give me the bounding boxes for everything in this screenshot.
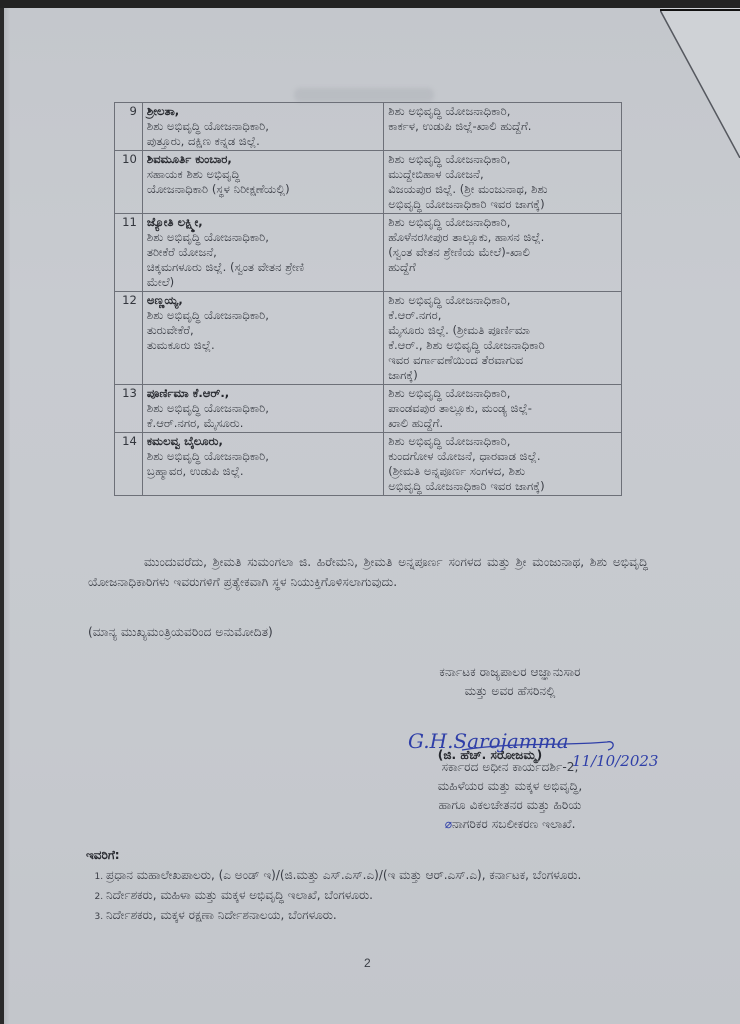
designation-line: ⌀ನಾಗರಿಕರ ಸಬಲೀಕರಣ ಇಲಾಖೆ. [370, 815, 650, 834]
current-post-line: ಸಹಾಯಕ ಶಿಶು ಅಭಿವೃದ್ಧಿ [147, 167, 379, 182]
posting-line: ಶಿಶು ಅಭಿವೃದ್ಧಿ ಯೋಜನಾಧಿಕಾರಿ, [388, 215, 617, 230]
posting-line: ಕೆ.ಆರ್., ಶಿಶು ಅಭಿವೃದ್ಧಿ ಯೋಜನಾಧಿಕಾರಿ [388, 338, 617, 353]
table-row: 14ಕಮಲವ್ವ ಬೈಲೂರು,ಶಿಶು ಅಭಿವೃದ್ಧಿ ಯೋಜನಾಧಿಕಾ… [115, 433, 622, 496]
posting-line: (ಶ್ರೀಮತಿ ಅನ್ನಪೂರ್ಣ ಸಂಗಳದ, ಶಿಶು [388, 464, 617, 479]
page-number: 2 [364, 956, 371, 970]
current-post-line: ತರೀಕೆರೆ ಯೋಜನೆ, [147, 245, 379, 260]
posting-line: ಇವರ ವರ್ಗಾವಣೆಯಿಂದ ತೆರವಾಗುವ [388, 353, 617, 368]
row-number: 14 [115, 433, 143, 496]
current-post-line: ಕೆ.ಆರ್.ನಗರ, ಮೈಸೂರು. [147, 416, 379, 431]
posting-line: ಶಿಶು ಅಭಿವೃದ್ಧಿ ಯೋಜನಾಧಿಕಾರಿ, [388, 152, 617, 167]
posting-line: ಶಿಶು ಅಭಿವೃದ್ಧಿ ಯೋಜನಾಧಿಕಾರಿ, [388, 386, 617, 401]
row-number: 11 [115, 214, 143, 292]
posting-line: ಶಿಶು ಅಭಿವೃದ್ಧಿ ಯೋಜನಾಧಿಕಾರಿ, [388, 104, 617, 119]
officer-name: ಅಣ್ಣಯ್ಯ, [147, 293, 379, 308]
transfer-posting: ಶಿಶು ಅಭಿವೃದ್ಧಿ ಯೋಜನಾಧಿಕಾರಿ,ಹೊಳೆನರಸೀಪುರ ತ… [384, 214, 622, 292]
posting-line: ಶಿಶು ಅಭಿವೃದ್ಧಿ ಯೋಜನಾಧಿಕಾರಿ, [388, 434, 617, 449]
approval-note: (ಮಾನ್ಯ ಮುಖ್ಯಮಂತ್ರಿಯವರಿಂದ ಅನುಮೋದಿತ) [88, 625, 273, 640]
officer-name: ಶಿವಮೂರ್ತಿ ಕುಂಬಾರ, [147, 152, 379, 167]
current-post-line: ಬ್ರಹ್ಮಾವರ, ಉಡುಪಿ ಜಿಲ್ಲೆ. [147, 464, 379, 479]
table-row: 12ಅಣ್ಣಯ್ಯ,ಶಿಶು ಅಭಿವೃದ್ಧಿ ಯೋಜನಾಧಿಕಾರಿ,ತುರ… [115, 292, 622, 385]
current-post-line: ಪುತ್ತೂರು, ದಕ್ಷಿಣ ಕನ್ನಡ ಜಿಲ್ಲೆ. [147, 134, 379, 149]
designation-line: ಮಹಿಳೆಯರ ಮತ್ತು ಮಕ್ಕಳ ಅಭಿವೃದ್ಧಿ, [370, 777, 650, 796]
copy-to-item: ಪ್ರಧಾನ ಮಹಾಲೇಖಪಾಲರು, (ಎ ಅಂಡ್ ಇ)/(ಜಿ.ಮತ್ತು… [106, 865, 686, 885]
transfer-posting: ಶಿಶು ಅಭಿವೃದ್ಧಿ ಯೋಜನಾಧಿಕಾರಿ,ಪಾಂಡವಪುರ ತಾಲ್… [384, 385, 622, 433]
paragraph-text: ಮುಂದುವರೆದು, ಶ್ರೀಮತಿ ಸುಮಂಗಲಾ ಜಿ. ಹಿರೇಮನಿ,… [88, 555, 648, 589]
officer-current-post: ಪೂರ್ಣಿಮಾ ಕೆ.ಆರ್.,ಶಿಶು ಅಭಿವೃದ್ಧಿ ಯೋಜನಾಧಿಕ… [142, 385, 383, 433]
copy-to-item: ನಿರ್ದೇಶಕರು, ಮಹಿಳಾ ಮತ್ತು ಮಕ್ಕಳ ಅಭಿವೃದ್ಧಿ … [106, 885, 686, 905]
posting-line: ಪಾಂಡವಪುರ ತಾಲ್ಲೂಕು, ಮಂಡ್ಯ ಜಿಲ್ಲೆ- [388, 401, 617, 416]
transfer-posting: ಶಿಶು ಅಭಿವೃದ್ಧಿ ಯೋಜನಾಧಿಕಾರಿ,ಮುದ್ದೇಬಿಹಾಳ ಯ… [384, 151, 622, 214]
table-row: 10ಶಿವಮೂರ್ತಿ ಕುಂಬಾರ,ಸಹಾಯಕ ಶಿಶು ಅಭಿವೃದ್ಧಿಯ… [115, 151, 622, 214]
posting-line: ಮೈಸೂರು ಜಿಲ್ಲೆ. (ಶ್ರೀಮತಿ ಪೂರ್ಣಿಮಾ [388, 323, 617, 338]
row-number: 13 [115, 385, 143, 433]
order-authority: ಕರ್ನಾಟಕ ರಾಜ್ಯಪಾಲರ ಆಜ್ಞಾನುಸಾರ ಮತ್ತು ಅವರ ಹ… [360, 663, 660, 701]
continuation-paragraph: ಮುಂದುವರೆದು, ಶ್ರೀಮತಿ ಸುಮಂಗಲಾ ಜಿ. ಹಿರೇಮನಿ,… [88, 552, 648, 592]
current-post-line: ತುರುವೇಕೆರೆ, [147, 323, 379, 338]
posting-line: ಹೊಳೆನರಸೀಪುರ ತಾಲ್ಲೂಕು, ಹಾಸನ ಜಿಲ್ಲೆ. [388, 230, 617, 245]
posting-line: ಮುದ್ದೇಬಿಹಾಳ ಯೋಜನೆ, [388, 167, 617, 182]
row-number: 12 [115, 292, 143, 385]
current-post-line: ಯೋಜನಾಧಿಕಾರಿ (ಸ್ಥಳ ನಿರೀಕ್ಷಣೆಯಲ್ಲಿ) [147, 182, 379, 197]
posting-line: ಅಭಿವೃದ್ಧಿ ಯೋಜನಾಧಿಕಾರಿ ಇವರ ಜಾಗಕ್ಕೆ) [388, 479, 617, 494]
transfer-posting: ಶಿಶು ಅಭಿವೃದ್ಧಿ ಯೋಜನಾಧಿಕಾರಿ,ಕುಂದಗೋಳ ಯೋಜನೆ… [384, 433, 622, 496]
officer-name: ಕಮಲವ್ವ ಬೈಲೂರು, [147, 434, 379, 449]
faded-header [294, 88, 434, 102]
current-post-line: ಶಿಶು ಅಭಿವೃದ್ಧಿ ಯೋಜನಾಧಿಕಾರಿ, [147, 308, 379, 323]
posting-line: ವಿಜಯಪುರ ಜಿಲ್ಲೆ. (ಶ್ರೀ ಮಂಜುನಾಥ, ಶಿಶು [388, 182, 617, 197]
posting-line: (ಸ್ವಂತ ವೇತನ ಶ್ರೇಣಿಯ ಮೇಲೆ)-ಖಾಲಿ [388, 245, 617, 260]
transfer-posting: ಶಿಶು ಅಭಿವೃದ್ಧಿ ಯೋಜನಾಧಿಕಾರಿ,ಕೆ.ಆರ್.ನಗರ,ಮೈ… [384, 292, 622, 385]
officer-current-post: ಜ್ಯೋತಿ ಲಕ್ಷ್ಮೀ,ಶಿಶು ಅಭಿವೃದ್ಧಿ ಯೋಜನಾಧಿಕಾರ… [142, 214, 383, 292]
row-number: 10 [115, 151, 143, 214]
posting-line: ಅಭಿವೃದ್ಧಿ ಯೋಜನಾಧಿಕಾರಿ ಇವರ ಜಾಗಕ್ಕೆ) [388, 197, 617, 212]
posting-line: ಹುದ್ದೆಗೆ [388, 260, 617, 275]
officer-name: ಶ್ರೀಲತಾ, [147, 104, 379, 119]
current-post-line: ತುಮಕೂರು ಜಿಲ್ಲೆ. [147, 338, 379, 353]
order-line-2: ಮತ್ತು ಅವರ ಹೆಸರಿನಲ್ಲಿ [360, 682, 660, 701]
officer-name: ಜ್ಯೋತಿ ಲಕ್ಷ್ಮೀ, [147, 215, 379, 230]
table-row: 9ಶ್ರೀಲತಾ,ಶಿಶು ಅಭಿವೃದ್ಧಿ ಯೋಜನಾಧಿಕಾರಿ,ಪುತ್… [115, 103, 622, 151]
officer-current-post: ಅಣ್ಣಯ್ಯ,ಶಿಶು ಅಭಿವೃದ್ಧಿ ಯೋಜನಾಧಿಕಾರಿ,ತುರುವ… [142, 292, 383, 385]
officer-current-post: ಕಮಲವ್ವ ಬೈಲೂರು,ಶಿಶು ಅಭಿವೃದ್ಧಿ ಯೋಜನಾಧಿಕಾರಿ… [142, 433, 383, 496]
designation-block: ಸರ್ಕಾರದ ಅಧೀನ ಕಾರ್ಯದರ್ಶಿ-2, ಮಹಿಳೆಯರ ಮತ್ತು… [370, 758, 650, 834]
copy-to-title: ಇವರಿಗೆ: [86, 848, 686, 863]
posting-line: ಕಾರ್ಕಳ, ಉಡುಪಿ ಜಿಲ್ಲೆ-ಖಾಲಿ ಹುದ್ದೆಗೆ. [388, 119, 617, 134]
copy-to-list: ಪ್ರಧಾನ ಮಹಾಲೇಖಪಾಲರು, (ಎ ಅಂಡ್ ಇ)/(ಜಿ.ಮತ್ತು… [86, 865, 686, 925]
current-post-line: ಶಿಶು ಅಭಿವೃದ್ಧಿ ಯೋಜನಾಧಿಕಾರಿ, [147, 449, 379, 464]
officer-current-post: ಶ್ರೀಲತಾ,ಶಿಶು ಅಭಿವೃದ್ಧಿ ಯೋಜನಾಧಿಕಾರಿ,ಪುತ್ತ… [142, 103, 383, 151]
current-post-line: ಚಿಕ್ಕಮಗಳೂರು ಜಿಲ್ಲೆ. (ಸ್ವಂತ ವೇತನ ಶ್ರೇಣಿ [147, 260, 379, 275]
designation-line: ಸರ್ಕಾರದ ಅಧೀನ ಕಾರ್ಯದರ್ಶಿ-2, [370, 758, 650, 777]
designation-line: ಹಾಗೂ ವಿಕಲಚೇತನರ ಮತ್ತು ಹಿರಿಯ [370, 796, 650, 815]
page-fold-corner [660, 8, 740, 158]
posting-line: ಕೆ.ಆರ್.ನಗರ, [388, 308, 617, 323]
posting-line: ಕುಂದಗೋಳ ಯೋಜನೆ, ಧಾರವಾಡ ಜಿಲ್ಲೆ. [388, 449, 617, 464]
officer-current-post: ಶಿವಮೂರ್ತಿ ಕುಂಬಾರ,ಸಹಾಯಕ ಶಿಶು ಅಭಿವೃದ್ಧಿಯೋಜ… [142, 151, 383, 214]
posting-line: ಶಿಶು ಅಭಿವೃದ್ಧಿ ಯೋಜನಾಧಿಕಾರಿ, [388, 293, 617, 308]
transfer-posting: ಶಿಶು ಅಭಿವೃದ್ಧಿ ಯೋಜನಾಧಿಕಾರಿ,ಕಾರ್ಕಳ, ಉಡುಪಿ… [384, 103, 622, 151]
officer-name: ಪೂರ್ಣಿಮಾ ಕೆ.ಆರ್., [147, 386, 379, 401]
current-post-line: ಮೇಲೆ) [147, 275, 379, 290]
table-row: 13ಪೂರ್ಣಿಮಾ ಕೆ.ಆರ್.,ಶಿಶು ಅಭಿವೃದ್ಧಿ ಯೋಜನಾಧ… [115, 385, 622, 433]
current-post-line: ಶಿಶು ಅಭಿವೃದ್ಧಿ ಯೋಜನಾಧಿಕಾರಿ, [147, 230, 379, 245]
table-row: 11ಜ್ಯೋತಿ ಲಕ್ಷ್ಮೀ,ಶಿಶು ಅಭಿವೃದ್ಧಿ ಯೋಜನಾಧಿಕ… [115, 214, 622, 292]
posting-line: ಖಾಲಿ ಹುದ್ದೆಗೆ. [388, 416, 617, 431]
page-edge-shadow [4, 8, 10, 1024]
current-post-line: ಶಿಶು ಅಭಿವೃದ್ಧಿ ಯೋಜನಾಧಿಕಾರಿ, [147, 401, 379, 416]
current-post-line: ಶಿಶು ಅಭಿವೃದ್ಧಿ ಯೋಜನಾಧಿಕಾರಿ, [147, 119, 379, 134]
posting-line: ಜಾಗಕ್ಕೆ) [388, 368, 617, 383]
copy-to-item: ನಿರ್ದೇಶಕರು, ಮಕ್ಕಳ ರಕ್ಷಣಾ ನಿರ್ದೇಶನಾಲಯ, ಬೆ… [106, 905, 686, 925]
transfer-table: 9ಶ್ರೀಲತಾ,ಶಿಶು ಅಭಿವೃದ್ಧಿ ಯೋಜನಾಧಿಕಾರಿ,ಪುತ್… [114, 102, 622, 496]
order-line-1: ಕರ್ನಾಟಕ ರಾಜ್ಯಪಾಲರ ಆಜ್ಞಾನುಸಾರ [360, 663, 660, 682]
viewer-top-bar [0, 0, 740, 8]
document-page: 9ಶ್ರೀಲತಾ,ಶಿಶು ಅಭಿವೃದ್ಧಿ ಯೋಜನಾಧಿಕಾರಿ,ಪುತ್… [4, 8, 740, 1024]
row-number: 9 [115, 103, 143, 151]
copy-to-section: ಇವರಿಗೆ: ಪ್ರಧಾನ ಮಹಾಲೇಖಪಾಲರು, (ಎ ಅಂಡ್ ಇ)/(… [86, 848, 686, 925]
